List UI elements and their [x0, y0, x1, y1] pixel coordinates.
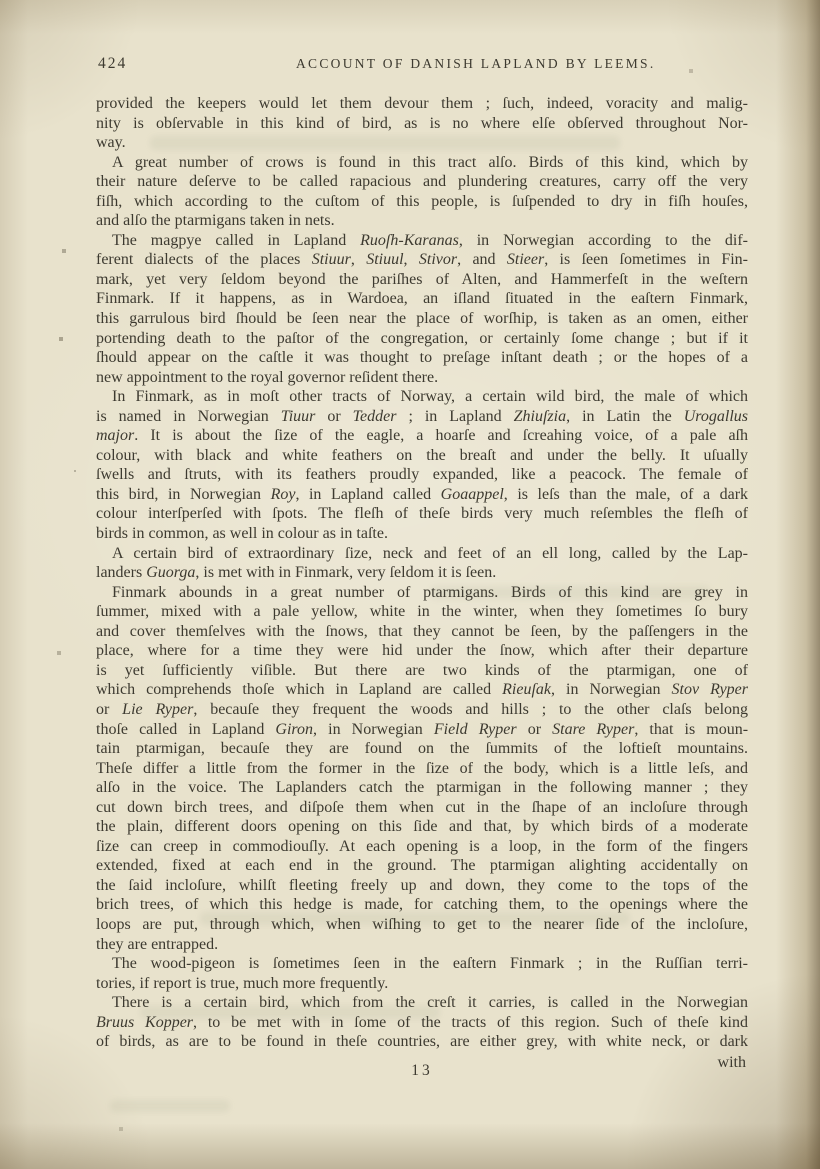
text-line: ſummer, mixed with a pale yellow, white … [96, 602, 748, 622]
text-line: major. It is about the ſize of the eagle… [96, 426, 748, 446]
text-line: new appointment to the royal governor re… [96, 368, 748, 388]
catchword: with [718, 1054, 746, 1072]
text-segment: There is a certain bird, which from the … [112, 994, 748, 1011]
text-segment: , [351, 251, 366, 268]
text-segment: , and [457, 251, 507, 268]
text-line: portending death to the paſtor of the co… [96, 329, 748, 349]
text-line: is named in Norwegian Tiuur or Tedder ; … [96, 407, 748, 427]
text-segment: fiſh, which according to the cuſtom of t… [96, 193, 748, 210]
text-segment: or [96, 701, 122, 718]
text-block: provided the keepers would let them devo… [96, 94, 748, 1052]
italic-term: Zhiuſzia [514, 408, 566, 425]
text-line: brich trees, of which this hedge is made… [96, 895, 748, 915]
text-segment: ſhould appear on the caſtle it was thoug… [96, 349, 748, 366]
text-line: place, where for a time they were hid un… [96, 641, 748, 661]
text-segment: Theſe differ a little from the former in… [96, 760, 748, 777]
text-line: tain ptarmigan, becauſe they are found o… [96, 739, 748, 759]
text-segment: provided the keepers would let them devo… [96, 95, 748, 112]
text-line: Finmark. If it happens, as in Wardoea, a… [96, 289, 748, 309]
text-line: The magpye called in Lapland Ruoſh-Karan… [96, 231, 748, 251]
text-segment: the ſaid incloſure, whilſt fleeting free… [96, 877, 748, 894]
text-line: and alſo the ptarmigans taken in nets. [96, 211, 748, 231]
italic-term: Tiuur [281, 408, 316, 425]
text-segment: this bird, in Norwegian [96, 486, 271, 503]
text-line: There is a certain bird, which from the … [96, 993, 748, 1013]
italic-term: Stivor [419, 251, 457, 268]
italic-term: Roy [271, 486, 296, 503]
running-title: ACCOUNT OF DANISH LAPLAND BY LEEMS. [296, 56, 656, 72]
italic-term: Giron [275, 721, 313, 738]
text-line: The wood-pigeon is ſometimes ſeen in the… [96, 954, 748, 974]
text-line: which comprehends thoſe which in Lapland… [96, 680, 748, 700]
text-segment: colour interſperſed with ſpots. The fleſ… [96, 505, 748, 522]
text-segment: , in Latin the [566, 408, 684, 425]
text-line: A certain bird of extraordinary ſize, ne… [96, 544, 748, 564]
italic-term: Stiuur [312, 251, 351, 268]
text-segment: A certain bird of extraordinary ſize, ne… [112, 545, 748, 562]
text-line: the ſaid incloſure, whilſt fleeting free… [96, 876, 748, 896]
text-segment: loops are put, through which, when wiſhi… [96, 916, 748, 933]
text-segment: ferent dialects of the places [96, 251, 312, 268]
text-line: Theſe differ a little from the former in… [96, 759, 748, 779]
text-line: birds in common, as well in colour as in… [96, 524, 748, 544]
text-segment: cut down birch trees, and diſpoſe them w… [96, 799, 748, 816]
text-line: ferent dialects of the places Stiuur, St… [96, 250, 748, 270]
text-segment: The magpye called in Lapland [112, 232, 360, 249]
text-segment: Finmark. If it happens, as in Wardoea, a… [96, 290, 748, 307]
text-segment: , [404, 251, 419, 268]
text-segment: mark, yet very ſeldom beyond the pariſhe… [96, 271, 748, 288]
text-line: this bird, in Norwegian Roy, in Lapland … [96, 485, 748, 505]
text-segment: is named in Norwegian [96, 408, 281, 425]
text-segment: ſize can creep in commodiouſly. At each … [96, 838, 748, 855]
text-line: is yet ſufficiently viſible. But there a… [96, 661, 748, 681]
text-line: nity is obſervable in this kind of bird,… [96, 114, 748, 134]
text-line: thoſe called in Lapland Giron, in Norweg… [96, 720, 748, 740]
text-segment: , to be met with in ſome of the tracts o… [193, 1014, 748, 1031]
italic-term: Stiuul [366, 251, 403, 268]
text-segment: A great number of crows is found in this… [112, 154, 748, 171]
scanned-book-page: 424 ACCOUNT OF DANISH LAPLAND BY LEEMS. … [0, 0, 820, 1169]
text-segment: the plain, different doors opening on th… [96, 818, 748, 835]
text-segment: brich trees, of which this hedge is made… [96, 896, 748, 913]
italic-term: Bruus Kopper [96, 1014, 193, 1031]
text-segment: extended, fixed at each end in the groun… [96, 857, 748, 874]
text-segment: , in Norwegian [313, 721, 434, 738]
text-line: provided the keepers would let them devo… [96, 94, 748, 114]
text-segment: landers [96, 564, 146, 581]
text-line: their nature deſerve to be called rapaci… [96, 172, 748, 192]
text-segment: tories, if report is true, much more fre… [96, 975, 388, 992]
text-segment: is yet ſufficiently viſible. But there a… [96, 662, 748, 679]
text-segment: , is ſeen ſometimes in Fin- [544, 251, 748, 268]
text-line: ſize can creep in commodiouſly. At each … [96, 837, 748, 857]
italic-term: Stieer [507, 251, 544, 268]
text-line: they are entrapped. [96, 935, 748, 955]
italic-term: Rieuſak [502, 681, 551, 698]
text-segment: portending death to the paſtor of the co… [96, 330, 748, 347]
text-segment: new appointment to the royal governor re… [96, 369, 438, 386]
text-line: of birds, as are to be found in theſe co… [96, 1032, 748, 1052]
text-segment: or [517, 721, 553, 738]
text-segment: , in Lapland called [295, 486, 440, 503]
page-footer: 13 with [96, 1054, 748, 1080]
text-segment: place, where for a time they were hid un… [96, 642, 748, 659]
text-segment: , is leſs than the male, of a dark [504, 486, 748, 503]
text-segment: their nature deſerve to be called rapaci… [96, 173, 748, 190]
text-line: and cover themſelves with the ſnows, tha… [96, 622, 748, 642]
text-segment: ſummer, mixed with a pale yellow, white … [96, 603, 748, 620]
italic-term: major [96, 427, 134, 444]
text-line: or Lie Ryper, becauſe they frequent the … [96, 700, 748, 720]
text-line: In Finmark, as in moſt other tracts of N… [96, 387, 748, 407]
text-line: loops are put, through which, when wiſhi… [96, 915, 748, 935]
text-segment: Finmark abounds in a great number of pta… [112, 584, 748, 601]
italic-term: Urogallus [684, 408, 748, 425]
paper-specks [0, 0, 2, 2]
text-line: A great number of crows is found in this… [96, 153, 748, 173]
italic-term: Goaappel [441, 486, 504, 503]
text-segment: birds in common, as well in colour as in… [96, 525, 388, 542]
text-line: Finmark abounds in a great number of pta… [96, 583, 748, 603]
text-segment: The wood-pigeon is ſometimes ſeen in the… [112, 955, 748, 972]
text-segment: thoſe called in Lapland [96, 721, 275, 738]
italic-term: Guorga [146, 564, 195, 581]
text-line: fiſh, which according to the cuſtom of t… [96, 192, 748, 212]
text-line: mark, yet very ſeldom beyond the pariſhe… [96, 270, 748, 290]
text-line: colour, with black and white feathers on… [96, 446, 748, 466]
text-segment: which comprehends thoſe which in Lapland… [96, 681, 502, 698]
text-segment: and alſo the ptarmigans taken in nets. [96, 212, 335, 229]
ink-bleed-through [110, 1100, 230, 1112]
text-line: landers Guorga, is met with in Finmark, … [96, 563, 748, 583]
text-segment: alſo in the voice. The Laplanders catch … [96, 779, 748, 796]
signature-mark: 13 [411, 1062, 433, 1080]
text-segment: In Finmark, as in moſt other tracts of N… [112, 388, 748, 405]
italic-term: Stare Ryper [552, 721, 634, 738]
italic-term: Stov Ryper [672, 681, 748, 698]
italic-term: Tedder [353, 408, 397, 425]
text-line: alſo in the voice. The Laplanders catch … [96, 778, 748, 798]
text-line: way. [96, 133, 748, 153]
text-segment: nity is obſervable in this kind of bird,… [96, 115, 748, 132]
text-line: colour interſperſed with ſpots. The fleſ… [96, 504, 748, 524]
text-segment: , is met with in Finmark, very ſeldom it… [195, 564, 496, 581]
text-line: the plain, different doors opening on th… [96, 817, 748, 837]
text-line: ſwells and ſtruts, with its feathers pro… [96, 465, 748, 485]
text-line: ſhould appear on the caſtle it was thoug… [96, 348, 748, 368]
text-segment: way. [96, 134, 126, 151]
text-segment: they are entrapped. [96, 936, 218, 953]
text-segment: or [315, 408, 352, 425]
italic-term: Ruoſh-Karanas [360, 232, 459, 249]
text-line: cut down birch trees, and diſpoſe them w… [96, 798, 748, 818]
text-segment: of birds, as are to be found in theſe co… [96, 1033, 748, 1050]
text-segment: tain ptarmigan, becauſe they are found o… [96, 740, 748, 757]
text-segment: ; in Lapland [396, 408, 513, 425]
text-line: tories, if report is true, much more fre… [96, 974, 748, 994]
text-segment: this garrulous bird ſhould be ſeen near … [96, 310, 748, 327]
text-segment: and cover themſelves with the ſnows, tha… [96, 623, 748, 640]
italic-term: Field Ryper [434, 721, 517, 738]
text-segment: , becauſe they frequent the woods and hi… [193, 701, 748, 718]
text-segment: , that is moun- [634, 721, 748, 738]
text-line: extended, fixed at each end in the groun… [96, 856, 748, 876]
page-number: 424 [98, 55, 127, 73]
text-segment: . It is about the ſize of the eagle, a h… [134, 427, 748, 444]
text-line: Bruus Kopper, to be met with in ſome of … [96, 1013, 748, 1033]
text-segment: , in Norwegian [551, 681, 672, 698]
text-line: this garrulous bird ſhould be ſeen near … [96, 309, 748, 329]
text-segment: , in Norwegian according to the dif- [459, 232, 748, 249]
text-segment: colour, with black and white feathers on… [96, 447, 748, 464]
page-header: 424 ACCOUNT OF DANISH LAPLAND BY LEEMS. [96, 53, 748, 77]
italic-term: Lie Ryper [122, 701, 193, 718]
text-segment: ſwells and ſtruts, with its feathers pro… [96, 466, 748, 483]
